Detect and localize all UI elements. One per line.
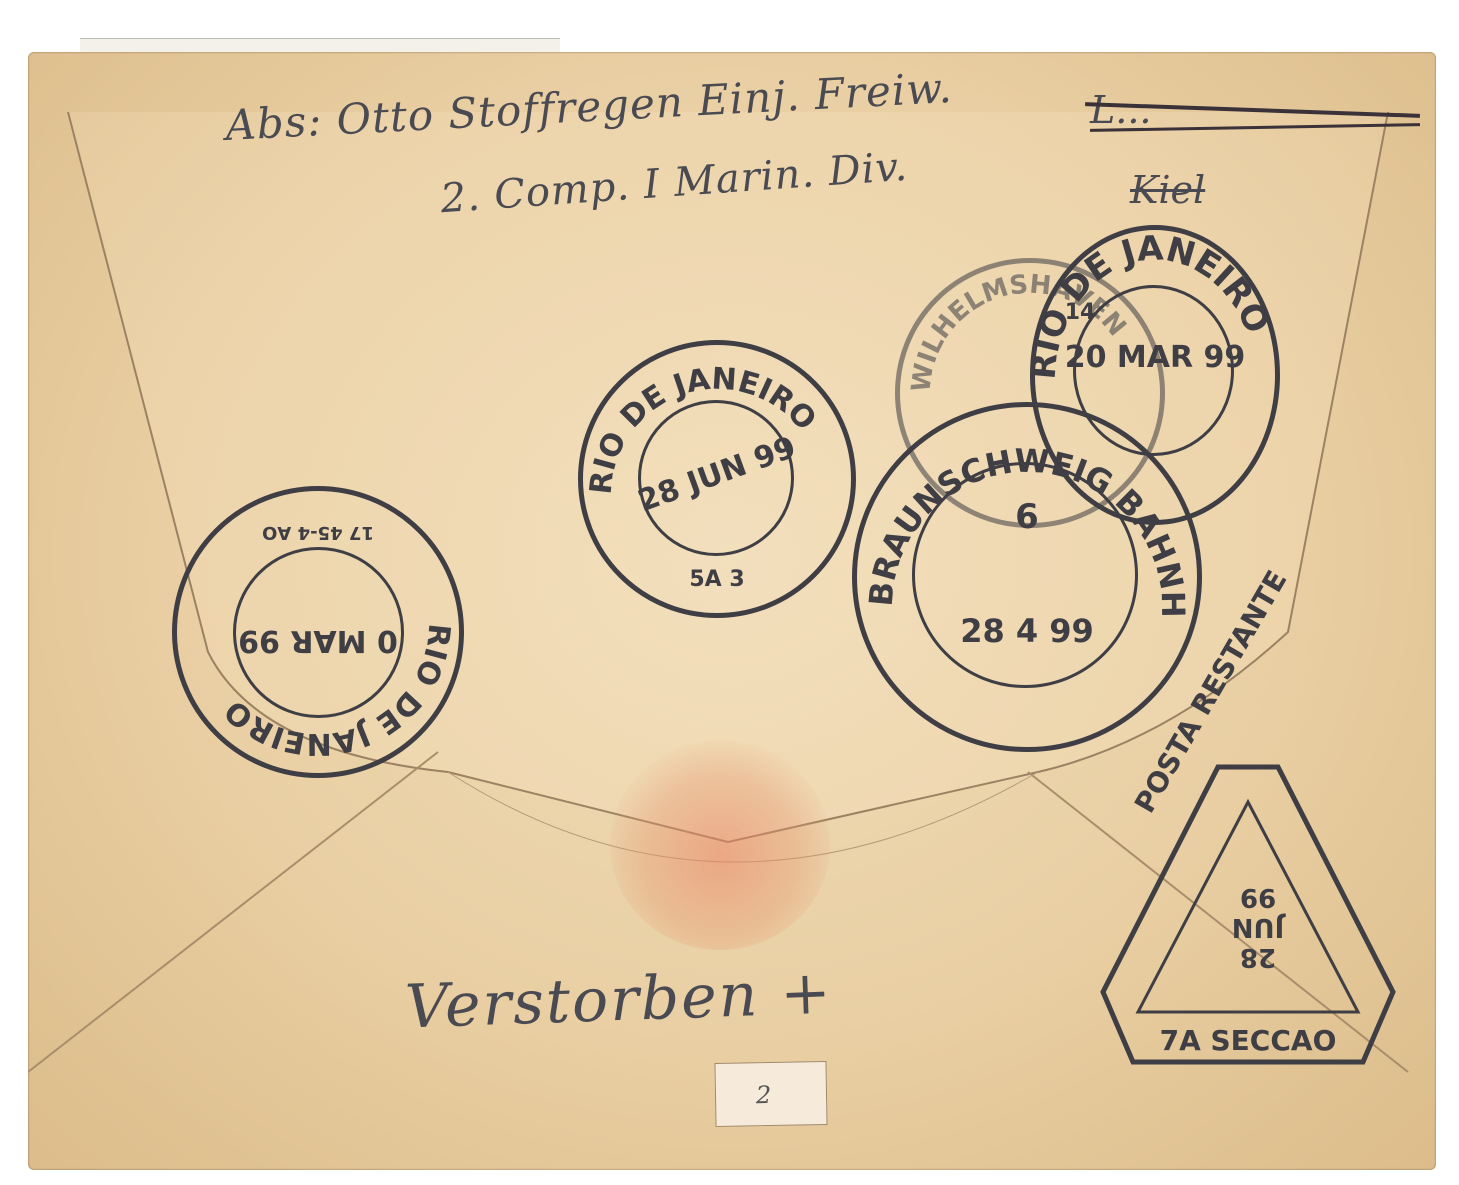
torn-label: 2 xyxy=(714,1061,827,1127)
postmark-rio-left: RIO DE JANEIRO 0 MAR 99 17 45-4 AO xyxy=(172,486,464,778)
torn-label-text: 2 xyxy=(756,1081,772,1109)
postmark-code: 5A 3 xyxy=(583,567,851,592)
postmark-braunschweig: BRAUNSCHWEIG BAHNHOF 6 28 4 99 xyxy=(852,402,1202,752)
postmark-date: 20 MAR 99 xyxy=(1035,340,1275,375)
sender-line-2-struck: Kiel xyxy=(1130,168,1205,212)
postmark-date: 28 JUN 99 xyxy=(1218,882,1298,972)
postmark-code: 7A SECCAO xyxy=(1138,1024,1358,1057)
postmark-rio-center: RIO DE JANEIRO 28 JUN 99 5A 3 xyxy=(578,340,856,618)
red-wax-stain xyxy=(610,740,830,950)
postmark-code: 6 xyxy=(857,497,1197,537)
postmark-code: 14 xyxy=(885,300,1275,325)
postmark-posta-restante: 28 JUN 99 POSTA RESTANTE 7A SECCAO xyxy=(1098,762,1398,1076)
postmark-date: 0 MAR 99 xyxy=(177,623,459,658)
sender-line-1-struck: L... xyxy=(1090,88,1151,132)
postmark-date: 28 4 99 xyxy=(857,612,1197,650)
postmark-code: 17 45-4 AO xyxy=(177,522,459,543)
bottom-note: Verstorben + xyxy=(404,958,834,1043)
